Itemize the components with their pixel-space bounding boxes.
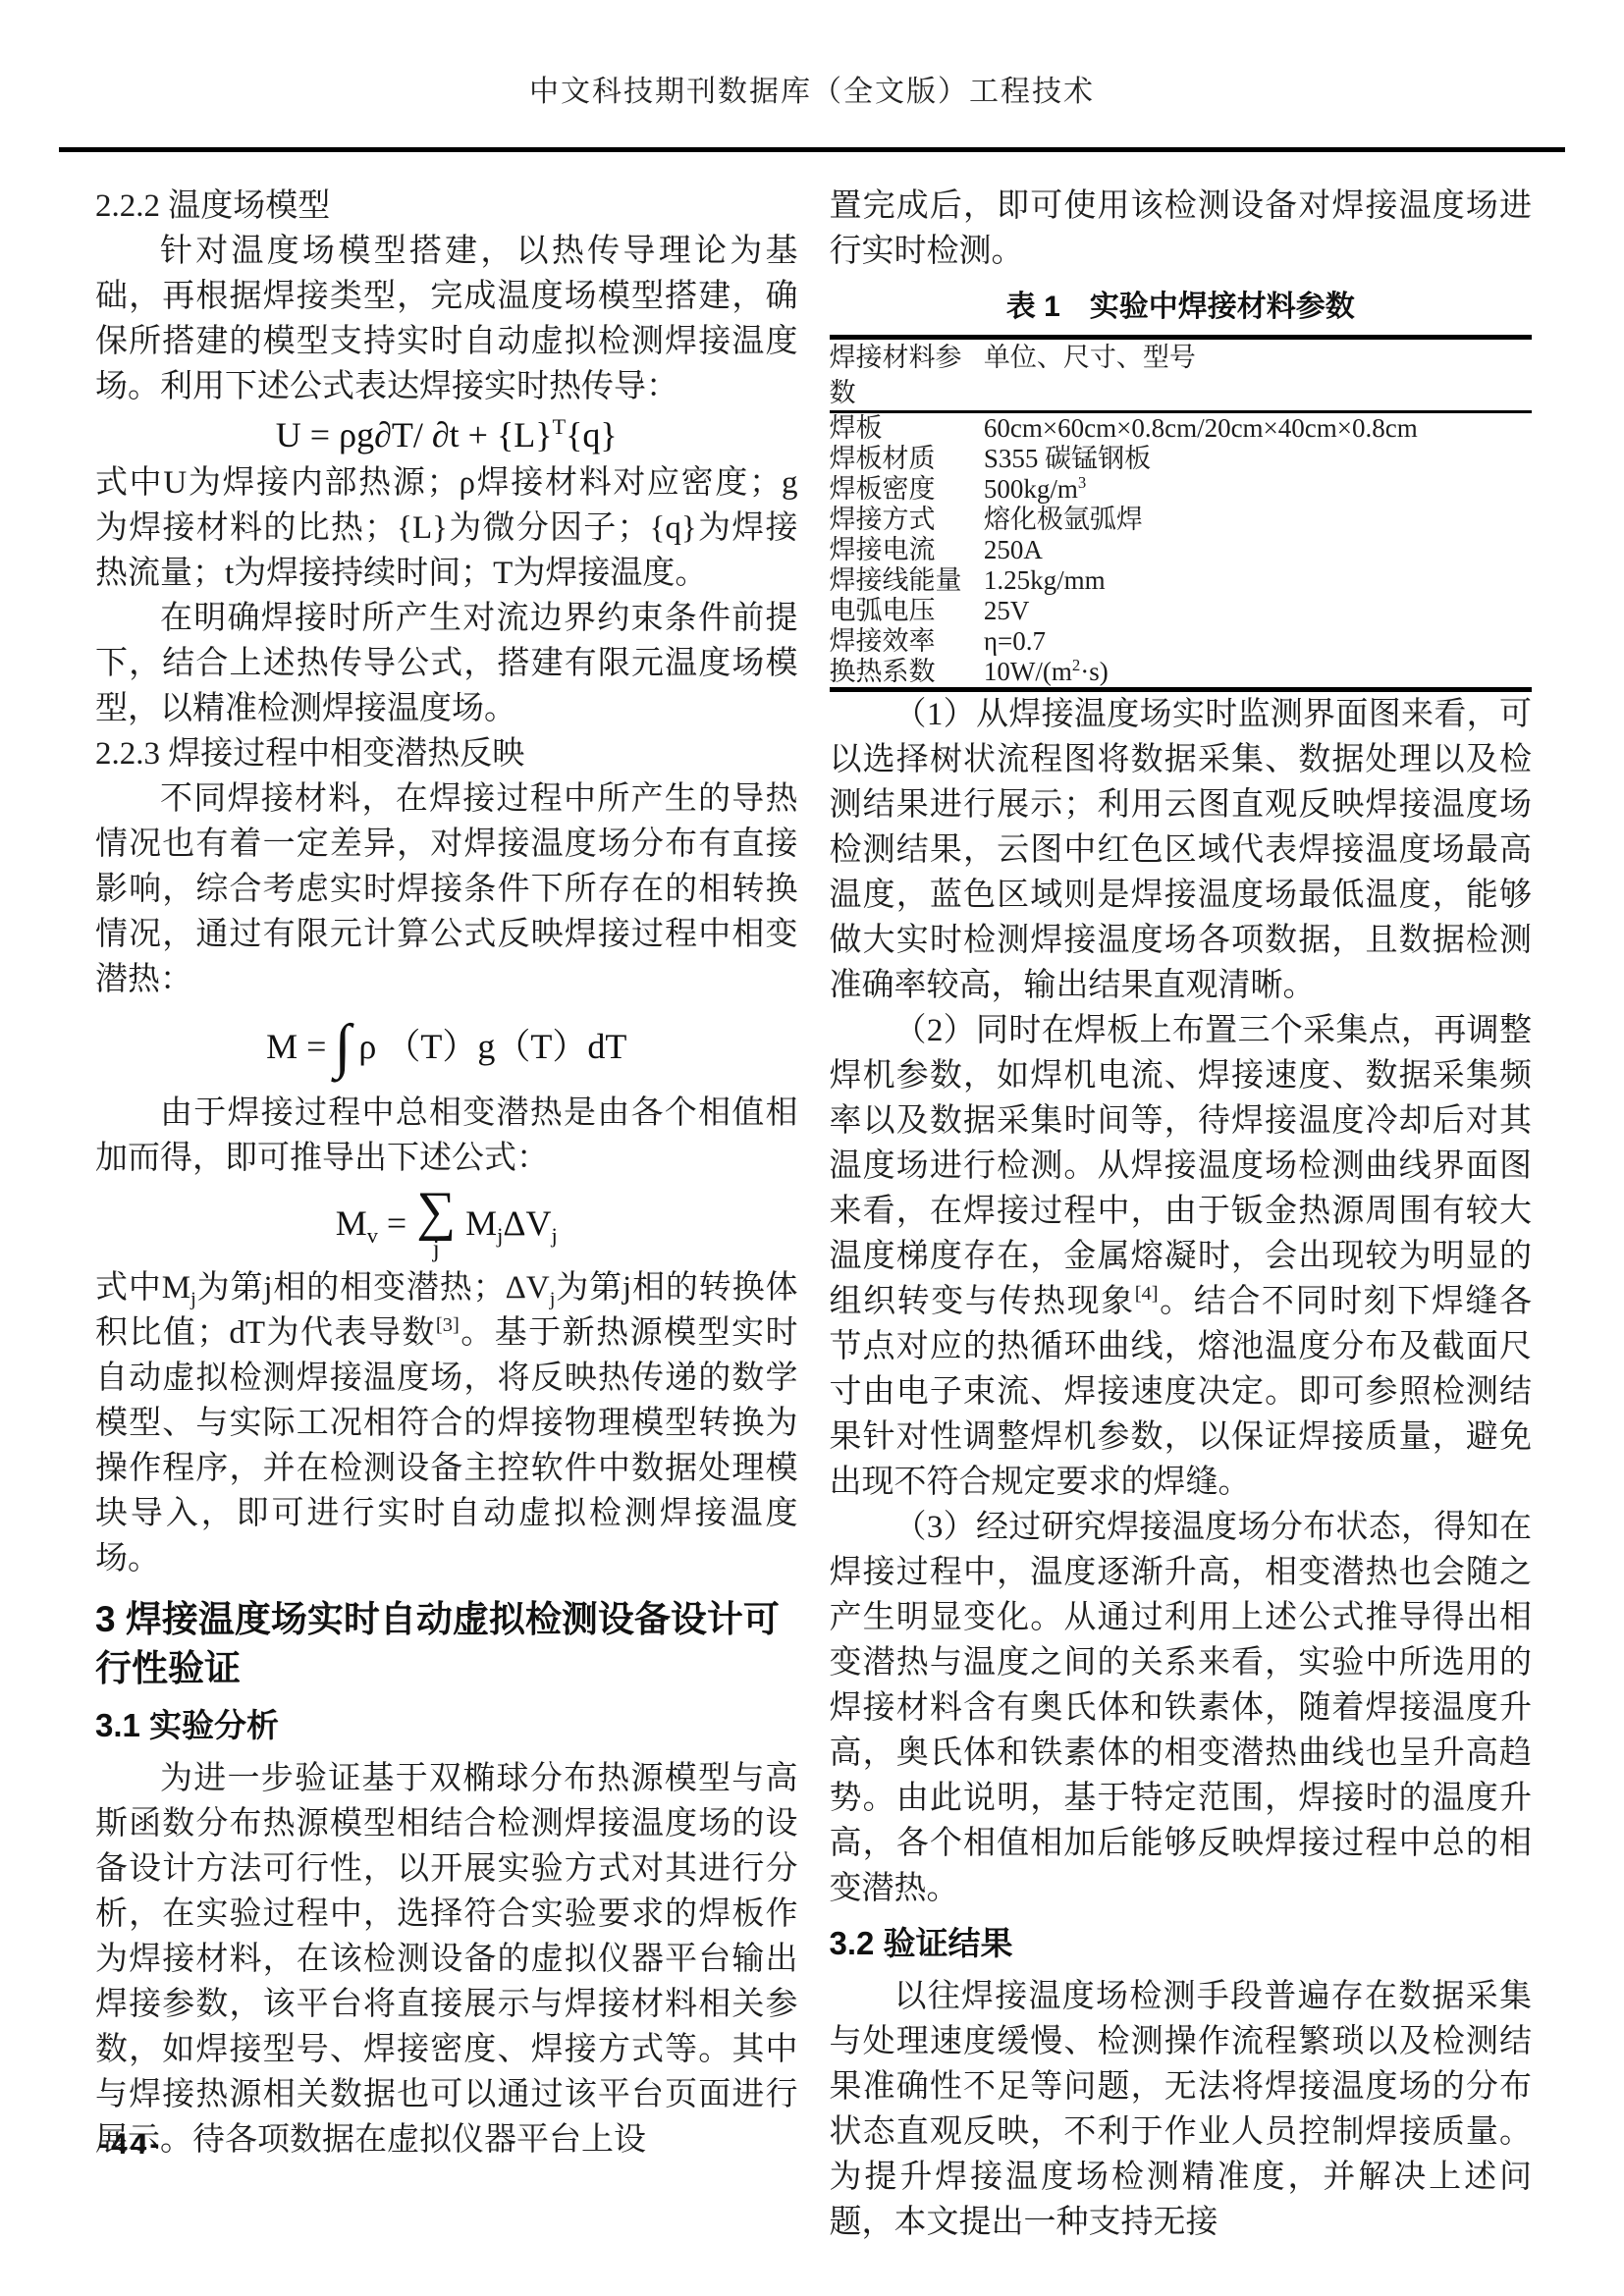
- formula-heat-conduction-expression: U = ρg∂T/ ∂t + {L}T{q}: [276, 412, 618, 457]
- table-1-caption: 表 1 实验中焊接材料参数: [830, 288, 1533, 327]
- param-label: 焊接电流: [830, 535, 984, 565]
- sigma-index: j: [433, 1238, 440, 1261]
- paragraph: 为进一步验证基于双椭球分布热源模型与高斯函数分布热源模型相结合检测焊接温度场的设…: [95, 1756, 798, 2163]
- sigma-stack: ∑ j: [416, 1185, 456, 1261]
- page-number: -44-: [98, 2128, 162, 2162]
- left-column: 2.2.2 温度场模型 针对温度场模型搭建，以热传导理论为基础，再根据焊接类型，…: [95, 184, 798, 2245]
- paragraph: 以往焊接温度场检测手段普遍存在数据采集与处理速度缓慢、检测操作流程繁琐以及检测结…: [830, 1974, 1533, 2245]
- param-label: 换热系数: [830, 657, 984, 690]
- formula-latent-heat-lhs: M =: [266, 1008, 326, 1085]
- section-heading-2-2-3: 2.2.3 焊接过程中相变潜热反映: [95, 731, 798, 776]
- journal-header-title: 中文科技期刊数据库（全文版）工程技术: [0, 73, 1624, 112]
- table-row: 焊板 60cm×60cm×0.8cm/20cm×40cm×0.8cm: [830, 412, 1533, 445]
- formula-sum-lhs: Mv =: [336, 1194, 406, 1253]
- paragraph: 置完成后，即可使用该检测设备对焊接温度场进行实时检测。: [830, 184, 1533, 274]
- paragraph: 针对温度场模型搭建，以热传导理论为基础，再根据焊接类型，完成温度场模型搭建，确保…: [95, 229, 798, 409]
- param-label: 焊板: [830, 412, 984, 445]
- param-value: 250A: [984, 535, 1532, 565]
- paragraph: （2）同时在焊板上布置三个采集点，再调整焊机参数，如焊机电流、焊接速度、数据采集…: [830, 1008, 1533, 1505]
- paragraph: 在明确焊接时所产生对流边界约束条件前提下，结合上述热传导公式，搭建有限元温度场模…: [95, 596, 798, 731]
- table-row: 焊板材质 S355 碳锰钢板: [830, 444, 1533, 474]
- table-header-row: 焊接材料参数 单位、尺寸、型号: [830, 338, 1533, 412]
- formula-latent-heat: M = ∫ ρ （T）g（T）dT: [95, 1008, 798, 1085]
- table-row: 焊接效率 η=0.7: [830, 626, 1533, 657]
- section-heading-3: 3 焊接温度场实时自动虚拟检测设备设计可行性验证: [95, 1595, 798, 1693]
- paragraph: 由于焊接过程中总相变潜热是由各个相值相加而得，即可推导出下述公式：: [95, 1091, 798, 1181]
- param-value: 1.25kg/mm: [984, 565, 1532, 596]
- section-heading-3-2: 3.2 验证结果: [830, 1921, 1533, 1966]
- param-value: 10W/(m2·s): [984, 657, 1532, 690]
- table-row: 焊接电流 250A: [830, 535, 1533, 565]
- param-label: 焊接方式: [830, 505, 984, 535]
- table-row: 电弧电压 25V: [830, 596, 1533, 626]
- param-value: 60cm×60cm×0.8cm/20cm×40cm×0.8cm: [984, 412, 1532, 445]
- formula-sum-rhs: MjΔVj: [465, 1194, 558, 1253]
- param-label: 焊板密度: [830, 474, 984, 505]
- table-row: 焊接方式 熔化极氩弧焊: [830, 505, 1533, 535]
- section-heading-3-1: 3.1 实验分析: [95, 1703, 798, 1748]
- integral-sign: ∫: [334, 1008, 351, 1085]
- param-value: 500kg/m3: [984, 474, 1532, 505]
- section-heading-2-2-2: 2.2.2 温度场模型: [95, 184, 798, 229]
- param-label: 电弧电压: [830, 596, 984, 626]
- sigma-sign: ∑: [416, 1185, 456, 1238]
- journal-page: 中文科技期刊数据库（全文版）工程技术 2.2.2 温度场模型 针对温度场模型搭建…: [0, 0, 1624, 2296]
- formula-latent-heat-rhs: ρ （T）g（T）dT: [358, 1008, 626, 1085]
- paragraph: 不同焊接材料，在焊接过程中所产生的导热情况也有着一定差异，对焊接温度场分布有直接…: [95, 776, 798, 1002]
- table-welding-material-parameters: 焊接材料参数 单位、尺寸、型号 焊板 60cm×60cm×0.8cm/20cm×…: [830, 335, 1533, 692]
- page-header: 中文科技期刊数据库（全文版）工程技术: [0, 0, 1624, 152]
- param-label: 焊接线能量: [830, 565, 984, 596]
- table-body: 焊板 60cm×60cm×0.8cm/20cm×40cm×0.8cm 焊板材质 …: [830, 412, 1533, 690]
- param-value: 25V: [984, 596, 1532, 626]
- table-row: 焊板密度 500kg/m3: [830, 474, 1533, 505]
- formula-heat-conduction: U = ρg∂T/ ∂t + {L}T{q}: [95, 412, 798, 457]
- right-column: 置完成后，即可使用该检测设备对焊接温度场进行实时检测。 表 1 实验中焊接材料参…: [830, 184, 1533, 2245]
- two-column-body: 2.2.2 温度场模型 针对温度场模型搭建，以热传导理论为基础，再根据焊接类型，…: [0, 152, 1624, 2245]
- formula-sum-latent-heat: Mv = ∑ j MjΔVj: [95, 1185, 798, 1261]
- param-value: 熔化极氩弧焊: [984, 505, 1532, 535]
- table-row: 换热系数 10W/(m2·s): [830, 657, 1533, 690]
- param-value: S355 碳锰钢板: [984, 444, 1532, 474]
- param-label: 焊接效率: [830, 626, 984, 657]
- paragraph: 式中Mj为第j相的相变潜热；ΔVj为第j相的转换体积比值；dT为代表导数[3]。…: [95, 1265, 798, 1581]
- table-header: 焊接材料参数 单位、尺寸、型号: [830, 338, 1533, 412]
- param-label: 焊板材质: [830, 444, 984, 474]
- paragraph: （3）经过研究焊接温度场分布状态，得知在焊接过程中，温度逐渐升高，相变潜热也会随…: [830, 1505, 1533, 1911]
- paragraph: 式中U为焊接内部热源；ρ焊接材料对应密度；g为焊接材料的比热；{L}为微分因子；…: [95, 460, 798, 596]
- paragraph: （1）从焊接温度场实时监测界面图来看，可以选择树状流程图将数据采集、数据处理以及…: [830, 692, 1533, 1008]
- table-col-header: 焊接材料参数: [830, 338, 984, 412]
- table-col-header: 单位、尺寸、型号: [984, 338, 1532, 412]
- table-row: 焊接线能量 1.25kg/mm: [830, 565, 1533, 596]
- param-value: η=0.7: [984, 626, 1532, 657]
